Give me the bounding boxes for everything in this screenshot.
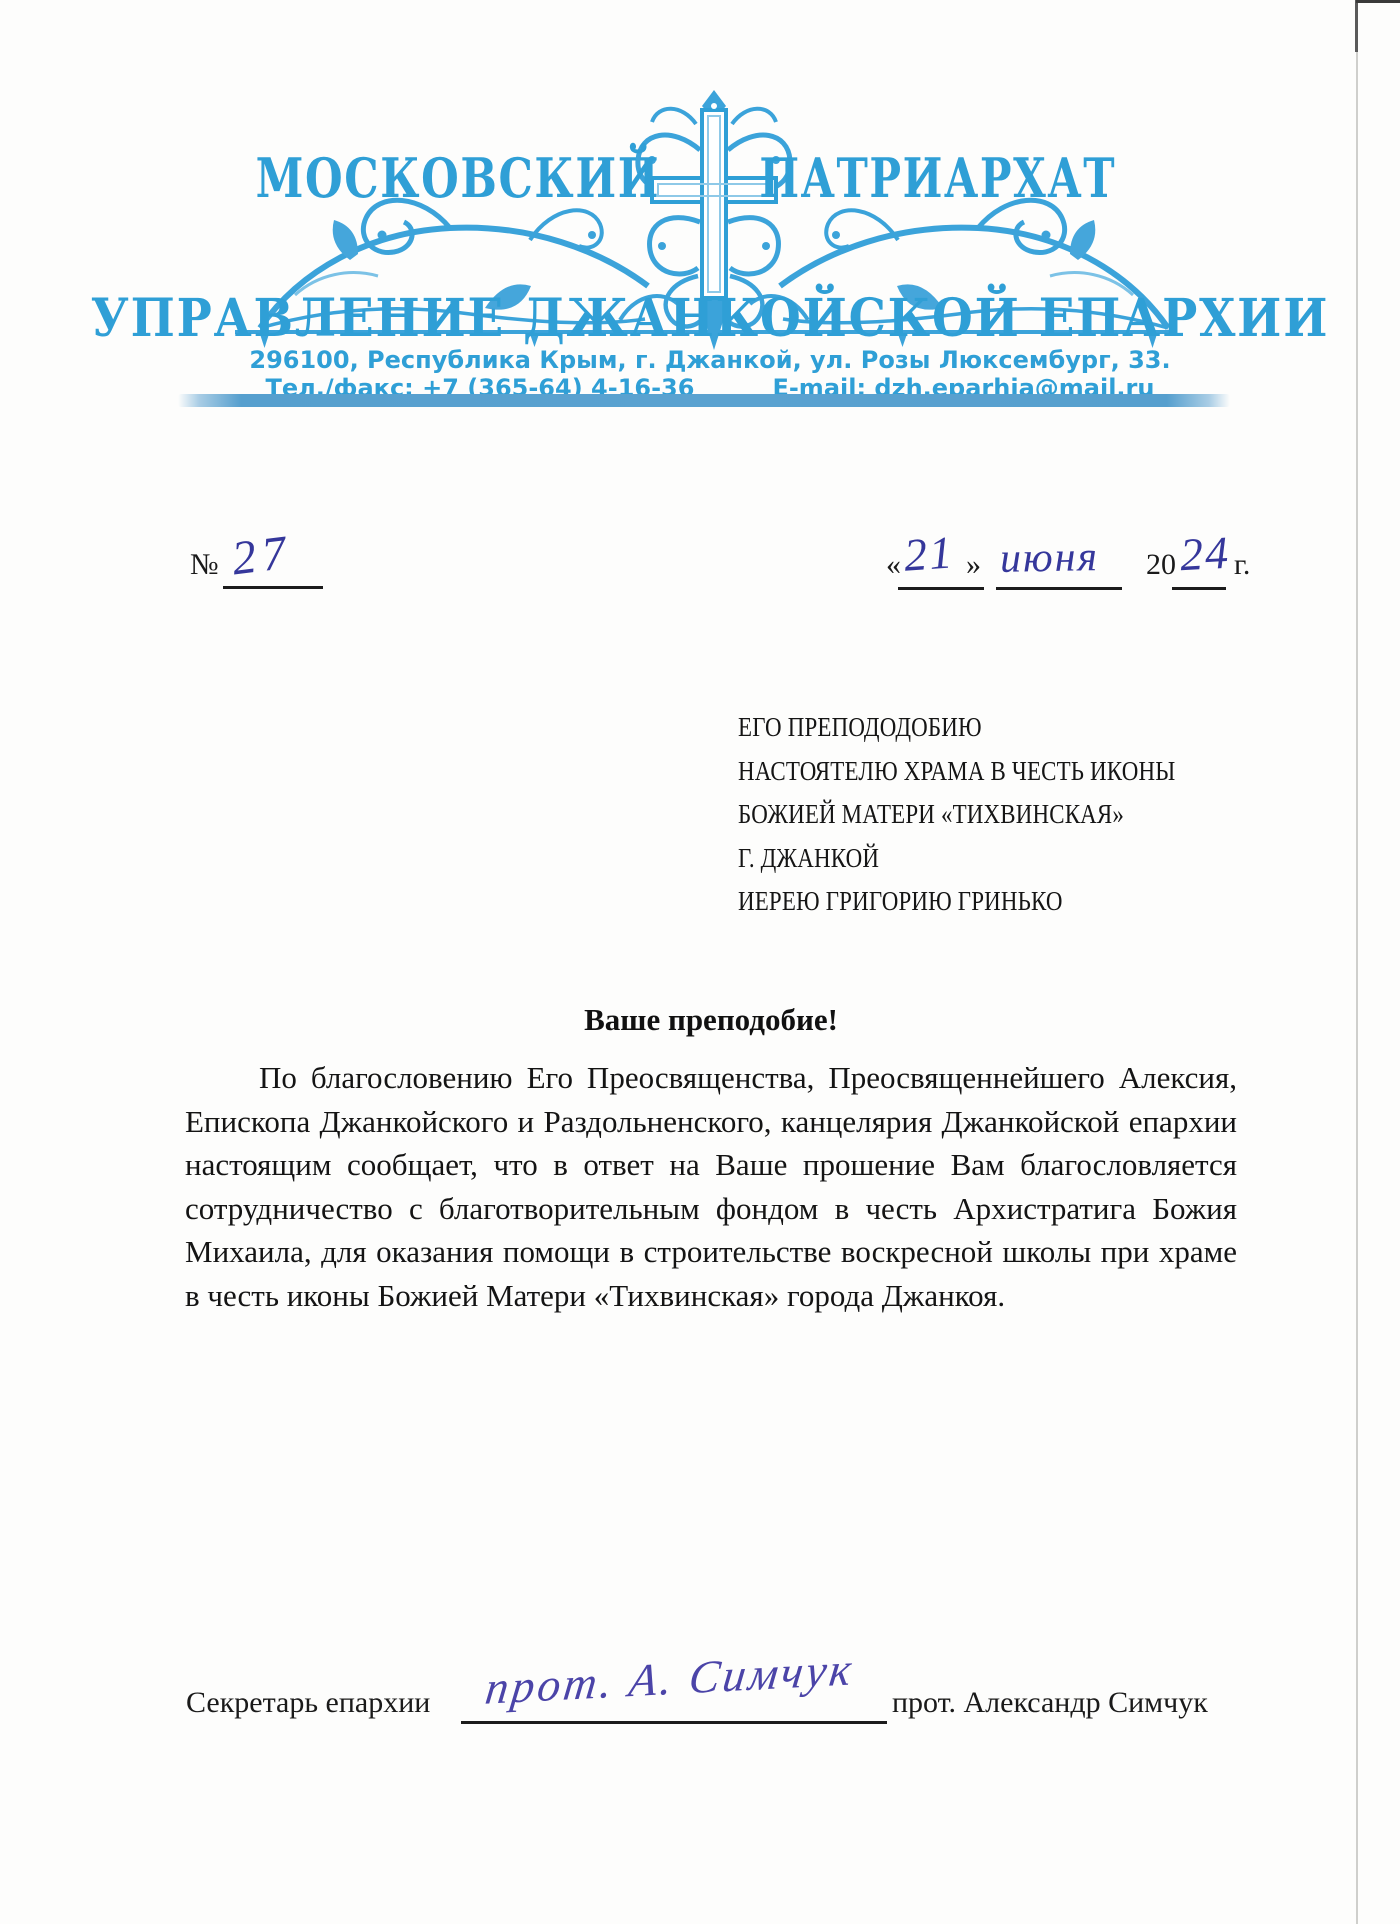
date-year-suffix: г. bbox=[1234, 548, 1250, 582]
signatory-printed-name: прот. Александр Симчук bbox=[892, 1686, 1208, 1720]
scanned-letter-page: МОСКОВСКИЙ ПАТРИАРХАТ УПРАВЛЕНИЕ ДЖАНКОЙ… bbox=[0, 0, 1400, 1924]
eparchy-administration-title: УПРАВЛЕНИЕ ДЖАНКОЙСКОЙ ЕПАРХИИ bbox=[200, 288, 1220, 349]
signature-handwriting: прот. А. Симчук bbox=[452, 1641, 888, 1717]
reference-number-handwritten: 27 bbox=[229, 525, 295, 587]
letterhead-rule bbox=[178, 394, 1230, 407]
patriarchate-title-right: ПАТРИАРХАТ bbox=[788, 146, 1088, 210]
recipient-line: Г. ДЖАНКОЙ bbox=[738, 837, 1175, 881]
recipient-block: ЕГО ПРЕПОДОДОБИЮ НАСТОЯТЕЛЮ ХРАМА В ЧЕСТ… bbox=[738, 706, 1175, 924]
paper-edge bbox=[1356, 0, 1358, 1924]
recipient-line: ЕГО ПРЕПОДОДОБИЮ bbox=[738, 706, 1175, 750]
patriarchate-title-left: МОСКОВСКИЙ bbox=[278, 146, 638, 210]
date-year-handwritten: 24 bbox=[1179, 526, 1232, 582]
date-close-quote: » bbox=[966, 548, 981, 582]
date-month-handwritten: июня bbox=[1000, 533, 1100, 583]
recipient-line: НАСТОЯТЕЛЮ ХРАМА В ЧЕСТЬ ИКОНЫ bbox=[738, 750, 1175, 794]
signature-role-label: Секретарь епархии bbox=[186, 1686, 430, 1720]
recipient-line: БОЖИЕЙ МАТЕРИ «ТИХВИНСКАЯ» bbox=[738, 793, 1175, 837]
date-month-underline bbox=[996, 587, 1122, 590]
number-sign-label: № bbox=[190, 548, 219, 582]
recipient-line: ИЕРЕЮ ГРИГОРИЮ ГРИНЬКО bbox=[738, 880, 1175, 924]
date-day-underline bbox=[898, 587, 984, 590]
date-year-underline bbox=[1172, 587, 1226, 590]
date-open-quote: « bbox=[886, 548, 901, 582]
reference-underline bbox=[223, 586, 323, 589]
paper-edge-dark bbox=[1355, 0, 1358, 52]
date-day-handwritten: 21 bbox=[902, 525, 956, 581]
date-year-prefix: 20 bbox=[1146, 548, 1176, 582]
postal-address-line: 296100, Республика Крым, г. Джанкой, ул.… bbox=[200, 346, 1220, 374]
salutation: Ваше преподобие! bbox=[185, 1002, 1237, 1038]
signature-line bbox=[461, 1721, 887, 1724]
body-paragraph: По благословению Его Преосвященства, Пре… bbox=[185, 1056, 1237, 1317]
paper-edge-top bbox=[1356, 0, 1400, 3]
